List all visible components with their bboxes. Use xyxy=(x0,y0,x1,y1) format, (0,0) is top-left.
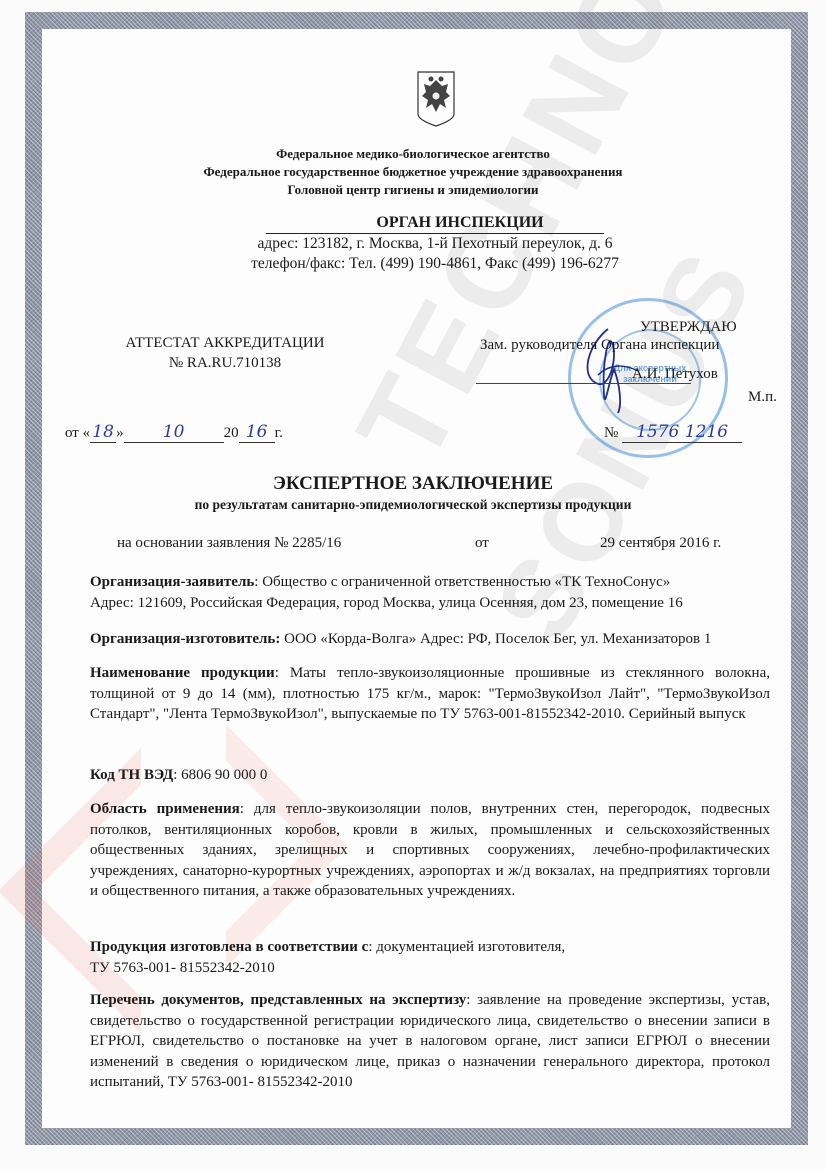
accreditation-title: АТТЕСТАТ АККРЕДИТАЦИИ xyxy=(100,333,350,353)
compliance-label: Продукция изготовлена в соответствии с xyxy=(90,939,368,955)
hs-code-section: Код ТН ВЭД: 6806 90 000 0 xyxy=(90,765,770,786)
documents-section: Перечень документов, представленных на э… xyxy=(90,990,770,1093)
application-date: 29 сентября 2016 г. xyxy=(600,535,721,552)
approval-number-value: 1576 1216 xyxy=(622,422,742,443)
application-from: от xyxy=(475,535,489,552)
inspection-body-address: адрес: 123182, г. Москва, 1-й Пехотный п… xyxy=(210,234,660,254)
manufacturer-section: Организация-изготовитель: ООО «Корда-Вол… xyxy=(90,629,770,650)
scope-section: Область применения: для тепло-звукоизоля… xyxy=(90,799,770,902)
documents-label: Перечень документов, представленных на э… xyxy=(90,992,466,1008)
document-title: ЭКСПЕРТНОЕ ЗАКЛЮЧЕНИЕ xyxy=(60,473,766,495)
approver-name: А.И. Петухов xyxy=(632,364,718,384)
product-label: Наименование продукции xyxy=(90,665,275,681)
inspection-body: ОРГАН ИНСПЕКЦИИ адрес: 123182, г. Москва… xyxy=(210,213,660,274)
institution-name: Федеральное государственное бюджетное уч… xyxy=(60,163,766,180)
approver-position: Зам. руководителя Органа инспекции xyxy=(480,335,719,355)
agency-name: Федеральное медико-биологическое агентст… xyxy=(60,145,766,162)
issue-month: 10 xyxy=(124,422,224,443)
inspection-body-title: ОРГАН ИНСПЕКЦИИ xyxy=(266,213,603,234)
issue-date: от «18»102016г. xyxy=(65,422,283,443)
hs-code-value: : 6806 90 000 0 xyxy=(173,767,267,783)
seal-place: М.п. xyxy=(748,387,777,407)
scope-label: Область применения xyxy=(90,801,240,817)
manufacturer-value: ООО «Корда-Волга» Адрес: РФ, Поселок Бег… xyxy=(280,631,711,647)
approve-label: УТВЕРЖДАЮ xyxy=(640,317,737,337)
compliance-spec: ТУ 5763-001- 81552342-2010 xyxy=(90,960,275,976)
issue-day: 18 xyxy=(90,422,116,443)
issue-year: 16 xyxy=(239,422,275,443)
russian-coat-of-arms-icon xyxy=(416,70,456,128)
application-basis: на основании заявления № 2285/16 xyxy=(117,535,341,552)
applicant-value: : Общество с ограниченной ответственност… xyxy=(254,574,670,590)
inspection-body-phone: телефон/факс: Тел. (499) 190-4861, Факс … xyxy=(210,254,660,274)
approval-number: № 1576 1216 xyxy=(604,422,742,443)
compliance-value: : документацией изготовителя, xyxy=(368,939,565,955)
accreditation-number: № RA.RU.710138 xyxy=(100,353,350,373)
manufacturer-label: Организация-изготовитель: xyxy=(90,631,280,647)
product-section: Наименование продукции: Маты тепло-звуко… xyxy=(90,663,770,725)
applicant-label: Организация-заявитель xyxy=(90,574,254,590)
hs-code-label: Код ТН ВЭД xyxy=(90,767,173,783)
compliance-section: Продукция изготовлена в соответствии с: … xyxy=(90,937,770,978)
document-subtitle: по результатам санитарно-эпидемиологичес… xyxy=(60,497,766,513)
center-name: Головной центр гигиены и эпидемиологии xyxy=(60,181,766,198)
applicant-address: Адрес: 121609, Российская Федерация, гор… xyxy=(90,595,683,611)
applicant-section: Организация-заявитель: Общество с ограни… xyxy=(90,572,770,613)
accreditation: АТТЕСТАТ АККРЕДИТАЦИИ № RA.RU.710138 xyxy=(100,333,350,373)
